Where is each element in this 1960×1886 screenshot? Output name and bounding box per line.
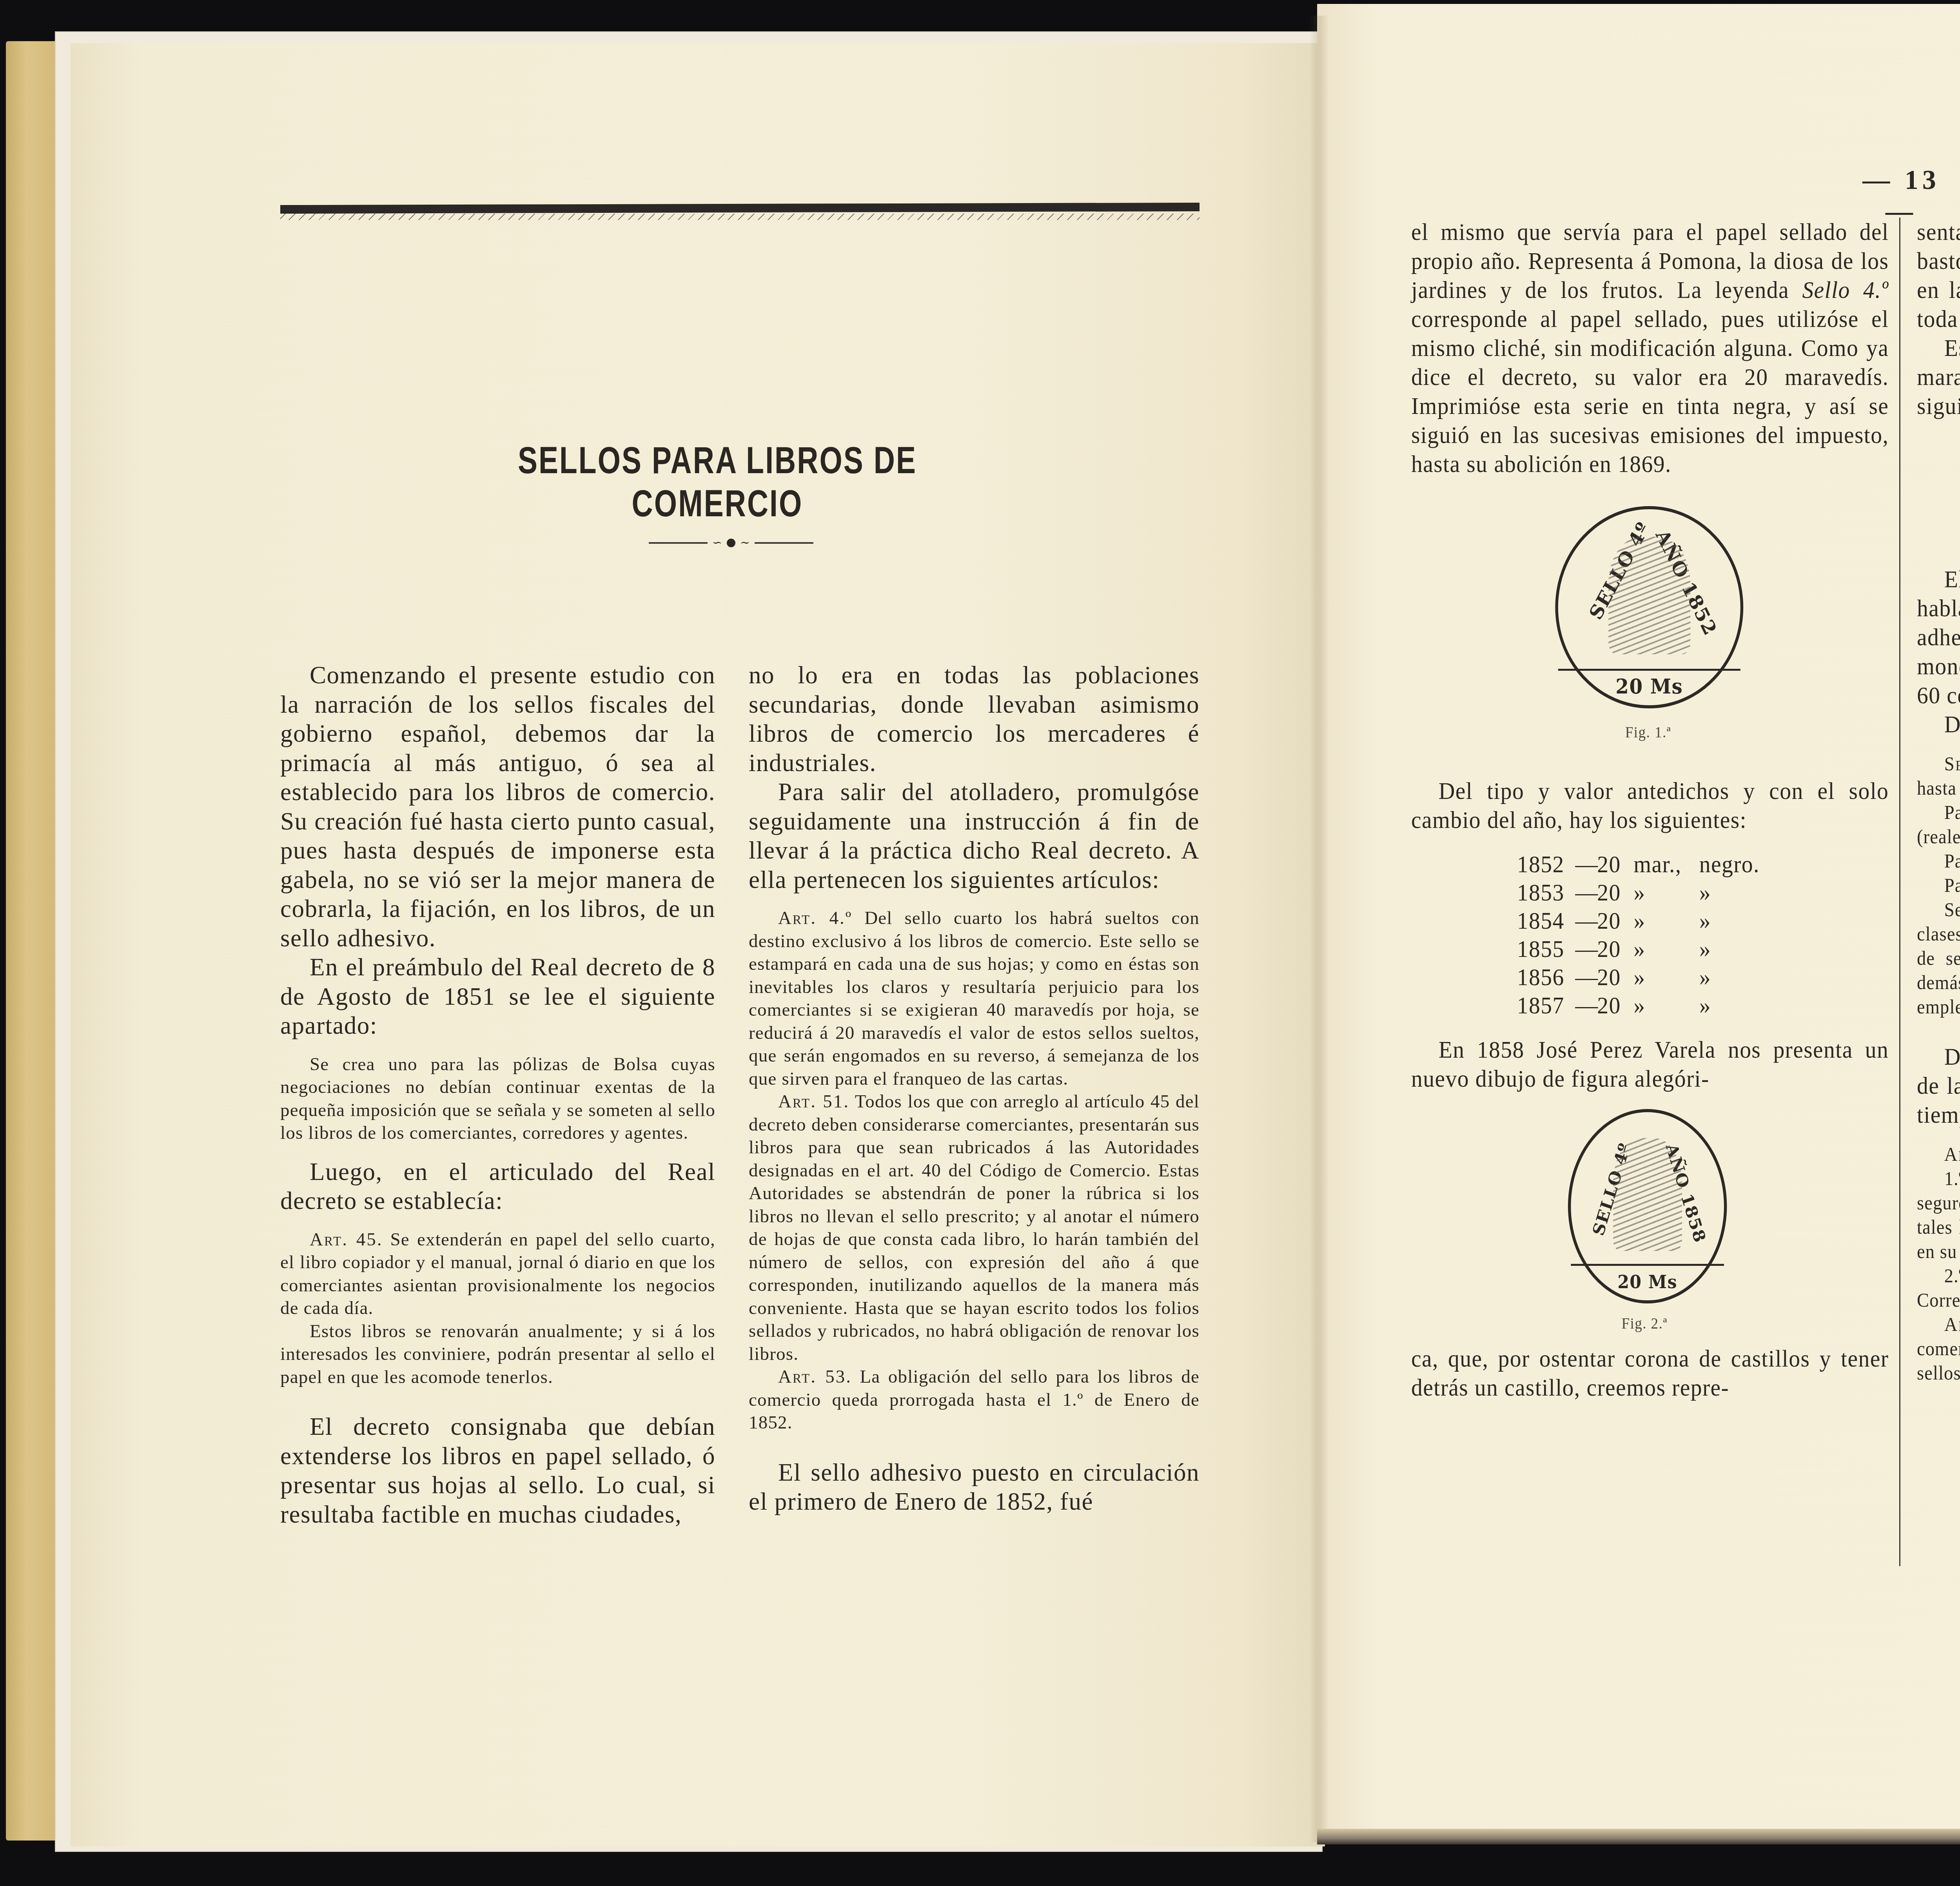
figure-caption: Fig. 1.ª [1593,718,1703,747]
quote-paragraph: 2.º En los libros ó registros de los Age… [1917,1263,1960,1312]
paragraph: Este mismo sello, con su propio valor de… [1917,334,1960,421]
quote-paragraph: Estos libros se renovarán anualmente; y … [280,1320,715,1389]
paragraph: Para salir del atolladero, promulgóse se… [749,777,1200,894]
header-ornament-wave [280,214,1200,220]
paragraph: El decreto consignaba que debían extende… [280,1412,715,1529]
paragraph: En 1858 José Perez Varela nos presenta u… [1411,1035,1889,1093]
article-label: Art. 53. [778,1367,852,1387]
article-text: Todos los que con arreglo al artículo 45… [749,1091,1200,1364]
stamp-1852-image: SELLO 4º AÑO 1852 20 Ms [1555,506,1743,708]
figure-1: SELLO 4º AÑO 1852 20 Ms Fig. 1.ª [1411,479,1889,777]
article-label: Art. 56. [1944,1143,1960,1165]
chapter-title: SELLOS PARA LIBROS DE COMERCIO [488,439,947,525]
list-item: 1853—20»» [1517,879,1889,907]
text-run: El R. D. de 12 de Septiembre de 1861 en … [1917,566,1960,622]
left-column-1: Comenzando el presente estudio con la na… [280,661,715,1529]
castile-figure-icon [1613,1138,1682,1251]
paragraph: El sello adhesivo puesto en circulación … [749,1458,1200,1516]
figure-caption: Fig. 2.ª [1590,1309,1699,1338]
quote-paragraph: Se estamparán además sellos sueltos de l… [1917,897,1960,1019]
articles-quote: Art. 56. Se usará el sello especial de c… [1917,1142,1960,1385]
article-label: Art. 57. [1944,1313,1960,1335]
paragraph: En el preámbulo del Real decreto de 8 de… [280,953,715,1040]
article-quote: Art. 51. Todos los que con arreglo al ar… [749,1090,1200,1365]
quote-label: Sellos sueltos. [1944,753,1960,775]
article-quote: Art. 53. La obligación del sello para lo… [749,1365,1200,1434]
column-divider [1899,218,1900,1566]
quote-paragraph: Se crea uno para las pólizas de Bolsa cu… [280,1053,715,1145]
italic-run: Sello 4.º [1802,277,1889,303]
list-item: 1855—20»» [1517,935,1889,963]
article-quote: Art. 4.º Del sello cuarto los habrá suel… [749,907,1200,1090]
paragraph: Dice el Real decreto: [1917,710,1960,739]
article-text: Del sello cuarto los habrá sueltos con d… [749,908,1200,1089]
paragraph: Del tipo y valor antedichos y con el sol… [1411,777,1889,835]
paragraph: el mismo que servía para el papel sellad… [1411,218,1889,479]
paragraph: no lo era en todas las poblaciones secun… [749,661,1200,777]
article-label: Art. 4.º [778,908,852,928]
paragraph: El R. D. de 12 de Septiembre de 1861 en … [1917,565,1960,710]
paragraph: sentaría el antiguo reino de Castilla. L… [1917,218,1960,334]
article-label: Art. 51. [778,1091,849,1112]
paragraph: Comenzando el presente estudio con la na… [280,661,715,953]
list-item: 1856—20»» [1517,963,1889,991]
book-cover-edge [6,41,57,1841]
left-column-2: no lo era en todas las poblaciones secun… [749,661,1200,1516]
pomona-figure-icon [1608,537,1690,654]
fleuron-ornament-icon: ∽∼ [643,537,819,549]
stamp-value: 20 Ms [1571,1264,1724,1296]
stamp-year-list: 1852—20mar.,negro. 1853—20»» 1854—20»» 1… [1517,850,1889,1020]
article-quote: Art. 45. Se extenderán en papel del sell… [280,1228,715,1320]
paragraph: Después de tratar de los documentos de g… [1917,1042,1960,1129]
page-bottom-edge [1317,1829,1960,1844]
book-gutter [1309,16,1329,1842]
list-item: 1854—20»» [1517,907,1889,935]
stamp-value: 20 Ms [1558,669,1740,701]
figure-2: 1858 SELLO 4º AÑO 1858 20 Ms Fig. 2.ª [1411,1093,1889,1344]
list-item: 1852—20mar.,negro. [1517,850,1889,879]
quote-paragraph: Sellos sueltos.—Para documentos de giro … [1917,751,1960,800]
stamp-1858-image: 1858 SELLO 4º AÑO 1858 20 Ms [1568,1109,1727,1303]
list-item: 1857—20»» [1517,991,1889,1020]
right-column-2: sentaría el antiguo reino de Castilla. L… [1917,218,1960,1385]
text-run: corresponde al papel sellado, pues utili… [1411,306,1889,477]
quote-paragraph: 1.º En el libro diario de las compañías … [1917,1166,1960,1263]
quote-paragraph: Para libros de comercio á 60 cénts. (de … [1917,849,1960,873]
article-quote: Art. 56. Se usará el sello especial de c… [1917,1142,1960,1166]
article-label: Art. 45. [310,1229,383,1250]
paragraph: ca, que, por ostentar corona de castillo… [1411,1344,1889,1402]
right-column-1: el mismo que servía para el papel sellad… [1411,218,1889,1402]
decree-quote: Sellos sueltos.—Para documentos de giro … [1917,751,1960,1019]
article-quote: Art. 57. Las Autoridades que deben rubri… [1917,1312,1960,1385]
paragraph: Luego, en el articulado del Real decreto… [280,1157,715,1216]
quote-paragraph: Para pólizas de operaciones de bolsa de … [1917,800,1960,849]
quote-paragraph: Para recibos y cuentas á 50 cénts. (de r… [1917,873,1960,897]
